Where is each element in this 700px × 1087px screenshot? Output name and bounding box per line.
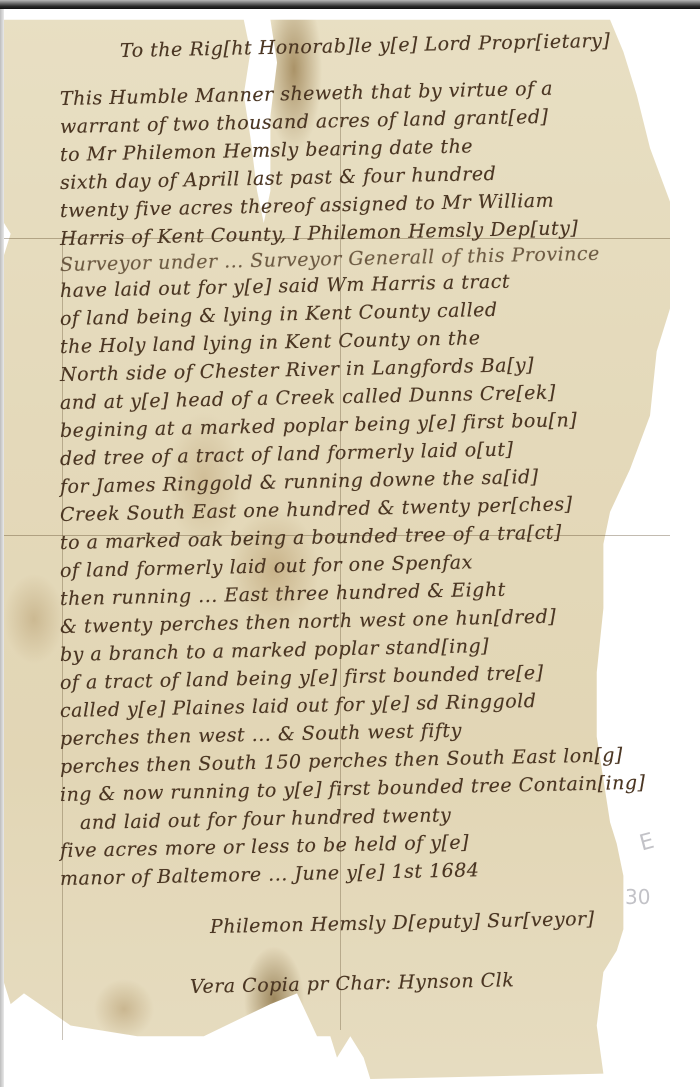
- scanned-document: To the Rig[ht Honorab]le y[e] Lord Propr…: [0, 0, 700, 1087]
- fold-crease-vertical: [62, 240, 63, 1040]
- pencil-annotation: 30: [625, 885, 650, 909]
- scanner-top-edge: [0, 0, 700, 9]
- scanner-left-edge: [0, 9, 4, 1087]
- pencil-annotation: E: [637, 829, 657, 857]
